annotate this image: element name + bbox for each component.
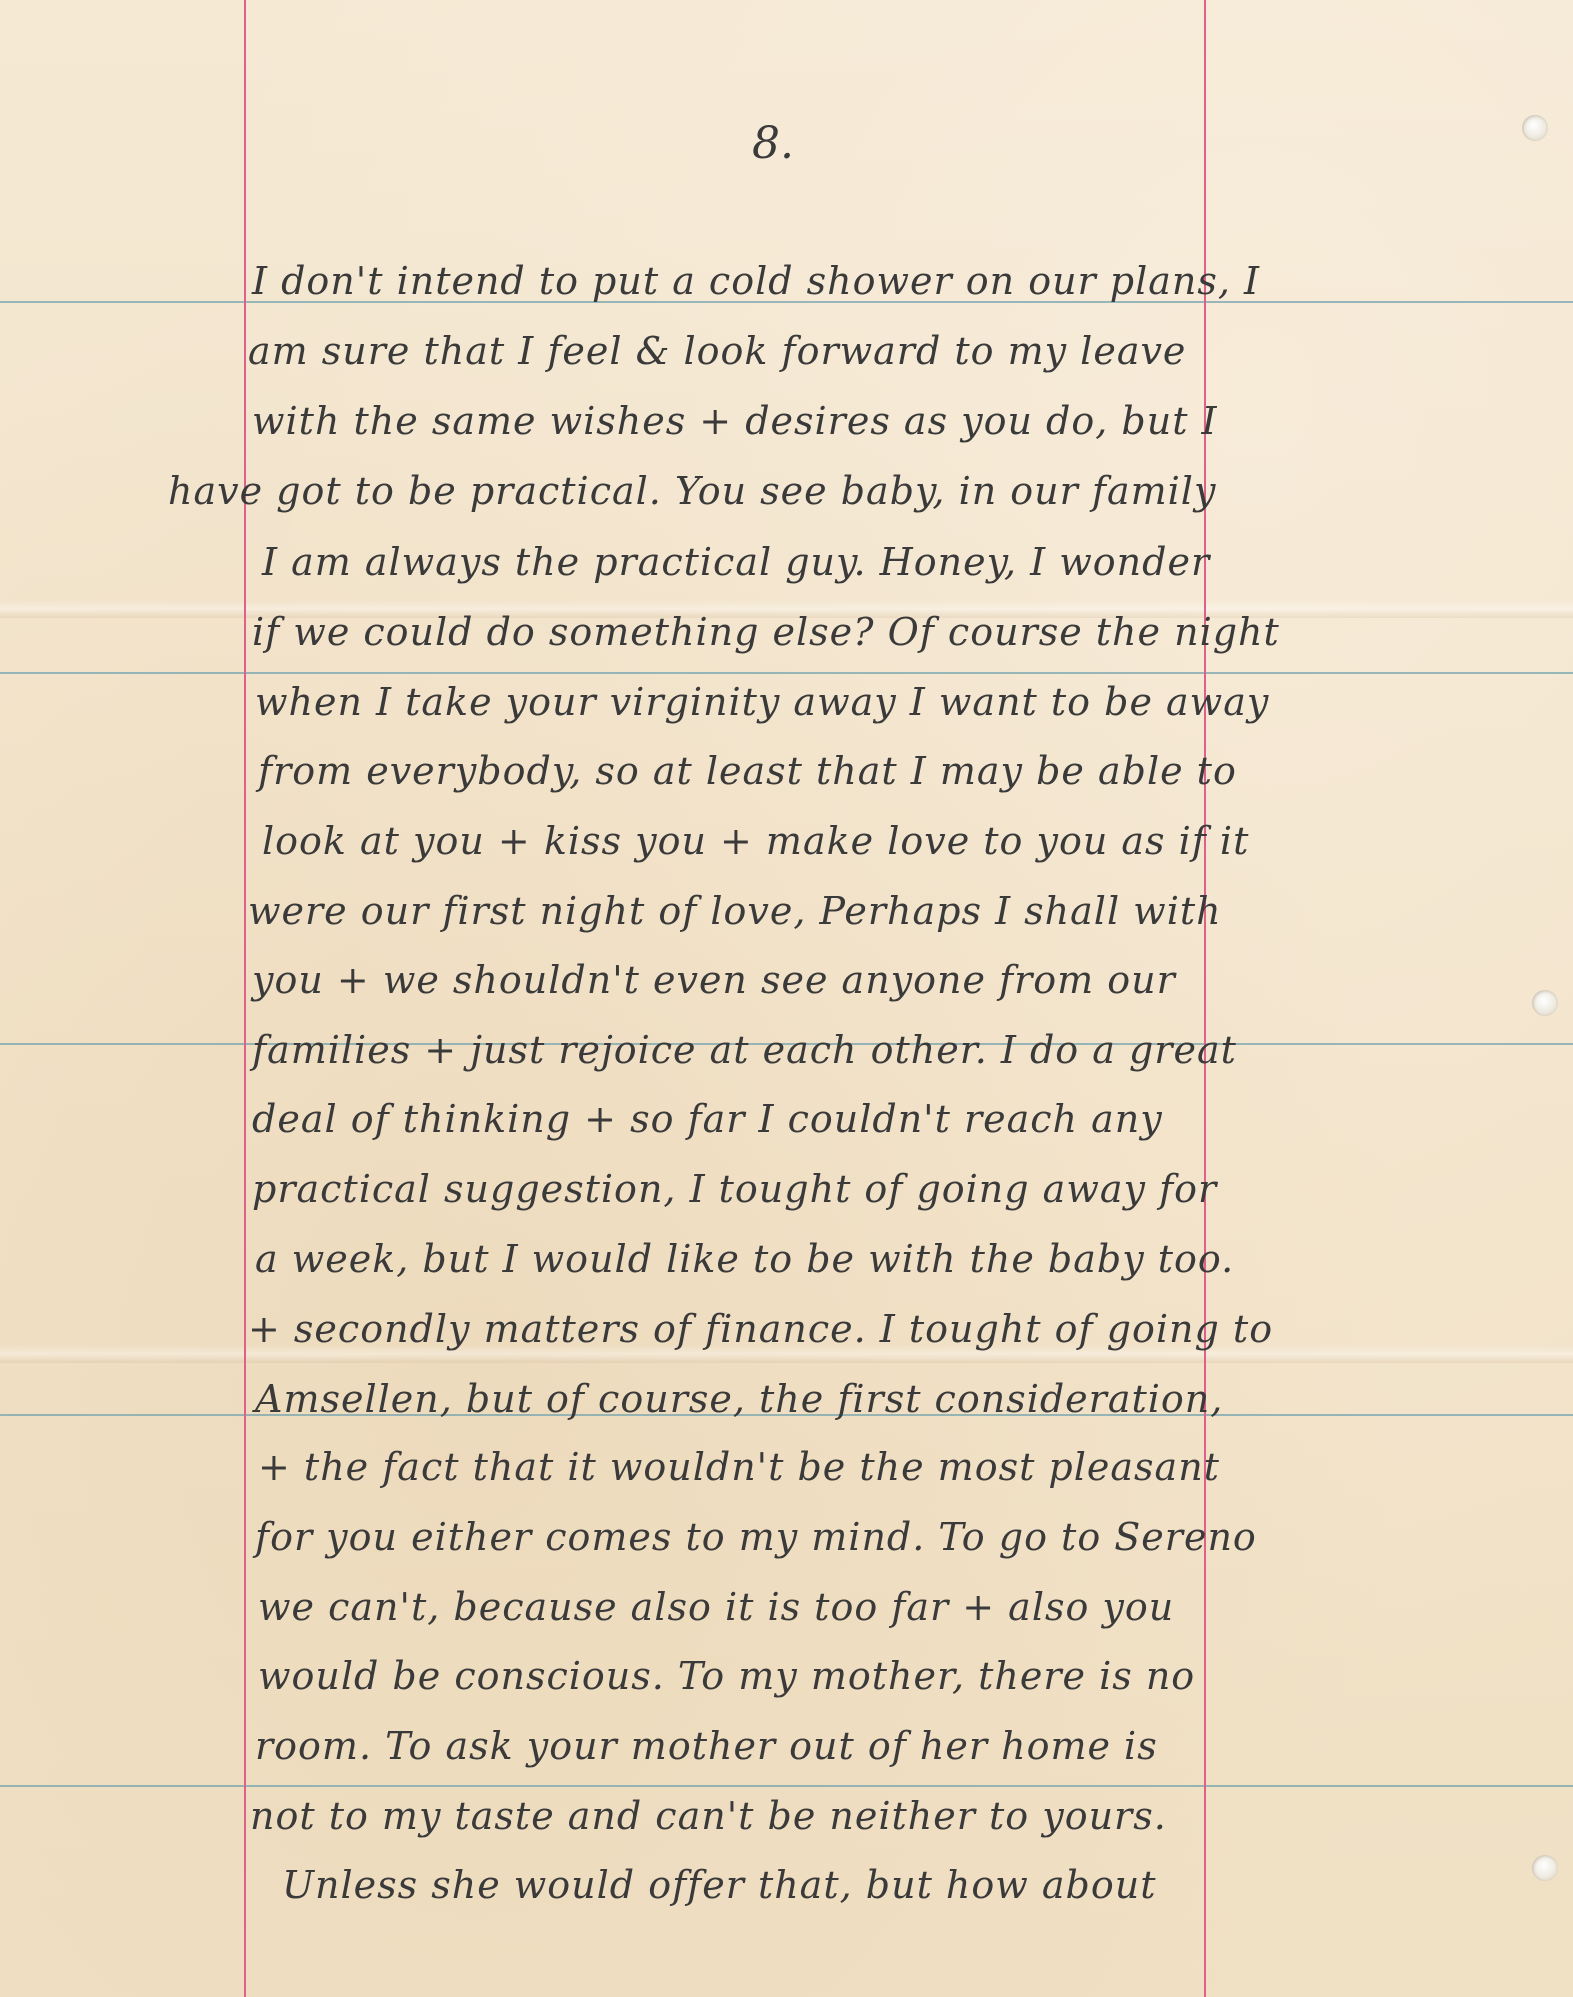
page-number: 8. — [752, 118, 794, 169]
text-line: Unless she would offer that, but how abo… — [282, 1866, 1156, 1904]
text-line: were our first night of love, Perhaps I … — [248, 892, 1222, 930]
left-margin-line — [244, 0, 246, 1997]
text-line: if we could do something else? Of course… — [252, 613, 1280, 651]
text-line: deal of thinking + so far I couldn't rea… — [252, 1100, 1163, 1138]
text-line: would be conscious. To my mother, there … — [258, 1657, 1195, 1695]
text-line: from everybody, so at least that I may b… — [258, 752, 1237, 790]
text-line: am sure that I feel & look forward to my… — [248, 332, 1186, 370]
text-line: look at you + kiss you + make love to yo… — [262, 822, 1249, 860]
text-line: you + we shouldn't even see anyone from … — [252, 961, 1176, 999]
text-line: I am always the practical guy. Honey, I … — [262, 543, 1210, 581]
letter-page: 8. I don't intend to put a cold shower o… — [0, 0, 1573, 1997]
text-line: with the same wishes + desires as you do… — [252, 402, 1218, 440]
text-line: families + just rejoice at each other. I… — [252, 1031, 1237, 1069]
text-line: have got to be practical. You see baby, … — [168, 472, 1216, 510]
text-line: + secondly matters of finance. I tought … — [248, 1310, 1273, 1348]
binder-hole-middle — [1532, 990, 1558, 1016]
text-line: we can't, because also it is too far + a… — [258, 1588, 1174, 1626]
text-line: for you either comes to my mind. To go t… — [255, 1518, 1257, 1556]
text-line: Amsellen, but of course, the first consi… — [255, 1380, 1223, 1418]
text-line: not to my taste and can't be neither to … — [250, 1797, 1167, 1835]
text-line: room. To ask your mother out of her home… — [255, 1727, 1158, 1765]
text-line: when I take your virginity away I want t… — [255, 683, 1269, 721]
text-line: I don't intend to put a cold shower on o… — [252, 262, 1260, 300]
text-line: a week, but I would like to be with the … — [255, 1240, 1234, 1278]
text-line: + the fact that it wouldn't be the most … — [258, 1448, 1220, 1486]
binder-hole-bottom — [1532, 1855, 1558, 1881]
binder-hole-top — [1522, 115, 1548, 141]
text-line: practical suggestion, I tought of going … — [252, 1170, 1217, 1208]
